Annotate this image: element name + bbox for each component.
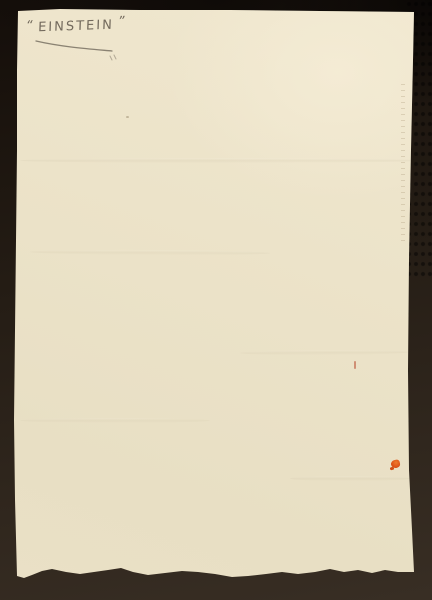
paper-crease [20, 158, 420, 163]
pencil-underline-stroke [32, 34, 132, 60]
orange-paint-mark [390, 459, 401, 469]
paper-crease [290, 476, 410, 481]
paper-crease [240, 350, 410, 356]
annotation-word: EINSTEIN [38, 18, 114, 36]
paper-crease [20, 418, 210, 423]
paper-sheet: “EINSTEIN” [0, 0, 432, 600]
photo-backdrop: “EINSTEIN” [0, 0, 432, 600]
open-quote-mark: “ [25, 18, 34, 33]
paper-crease [30, 249, 270, 255]
red-paint-fleck [354, 361, 356, 369]
handwritten-annotation: “EINSTEIN” [26, 13, 125, 35]
paper-speck [126, 116, 129, 118]
close-quote-mark: ” [116, 14, 125, 29]
right-edge-stitch-marks [401, 84, 405, 244]
